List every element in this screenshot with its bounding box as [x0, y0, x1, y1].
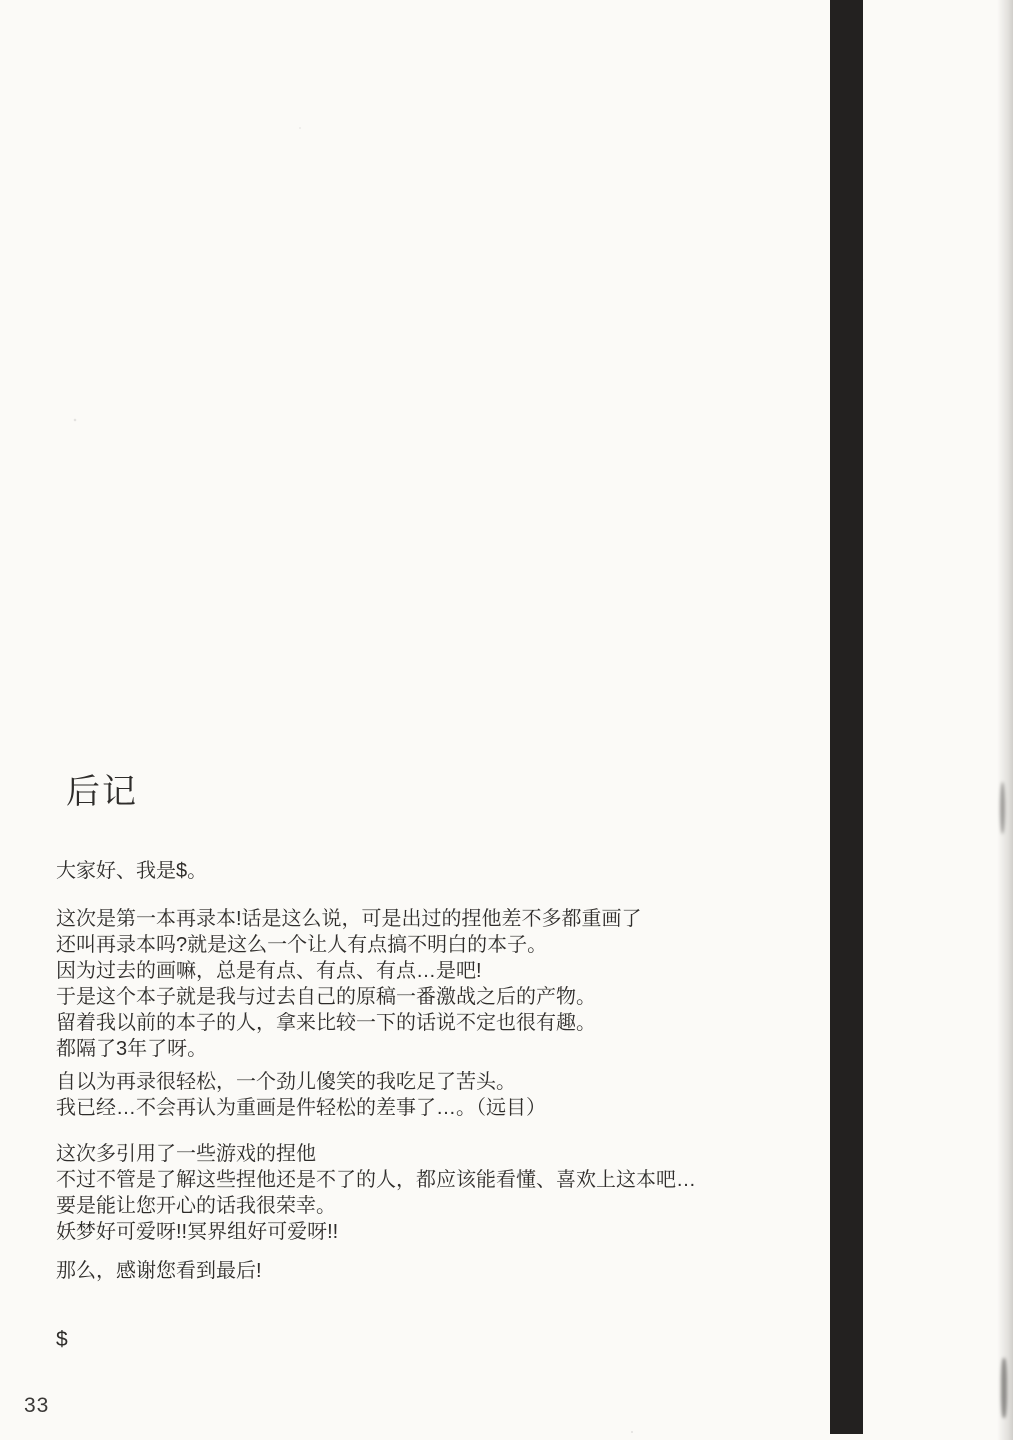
text-line: 这次多引用了一些游戏的捏他 — [56, 1141, 696, 1167]
scanned-afterword-page: 后记 大家好、我是$。 这次是第一本再录本!话是这么说，可是出过的捏他差不多都重… — [0, 0, 1013, 1440]
greeting-line: 大家好、我是$。 — [56, 858, 207, 884]
paper-edge-mark — [1000, 782, 1005, 834]
text-line: 那么，感谢您看到最后! — [56, 1258, 262, 1284]
paper-edge-mark — [1001, 1358, 1007, 1418]
text-line: 都隔了3年了呀。 — [56, 1036, 642, 1062]
text-line: 于是这个本子就是我与过去自己的原稿一番激战之后的产物。 — [56, 984, 642, 1010]
afterword-title: 后记 — [66, 774, 138, 811]
text-line: 还叫再录本吗?就是这么一个让人有点搞不明白的本子。 — [56, 932, 642, 958]
paragraph-intro: 这次是第一本再录本!话是这么说，可是出过的捏他差不多都重画了 还叫再录本吗?就是… — [56, 906, 642, 1062]
binding-bar — [830, 0, 863, 1434]
text-line: 不过不管是了解这些捏他还是不了的人，都应该能看懂、喜欢上这本吧… — [56, 1167, 696, 1193]
text-line: 因为过去的画嘛，总是有点、有点、有点…是吧! — [56, 958, 642, 984]
text-line: 这次是第一本再录本!话是这么说，可是出过的捏他差不多都重画了 — [56, 906, 642, 932]
text-line: 自以为再录很轻松，一个劲儿傻笑的我吃足了苦头。 — [56, 1069, 546, 1095]
text-line: 要是能让您开心的话我很荣幸。 — [56, 1193, 696, 1219]
text-line: 留着我以前的本子的人，拿来比较一下的话说不定也很有趣。 — [56, 1010, 642, 1036]
paper-edge-shadow — [997, 0, 1013, 1440]
paragraph-thanks: 那么，感谢您看到最后! — [56, 1258, 262, 1284]
paragraph-references: 这次多引用了一些游戏的捏他 不过不管是了解这些捏他还是不了的人，都应该能看懂、喜… — [56, 1141, 696, 1245]
text-line: 我已经…不会再认为重画是件轻松的差事了…。（远目） — [56, 1095, 546, 1121]
paragraph-hardship: 自以为再录很轻松，一个劲儿傻笑的我吃足了苦头。 我已经…不会再认为重画是件轻松的… — [56, 1069, 546, 1121]
author-signature: $ — [56, 1327, 68, 1353]
page-number: 33 — [24, 1394, 49, 1418]
text-line: 妖梦好可爱呀!!冥界组好可爱呀!! — [56, 1219, 696, 1245]
